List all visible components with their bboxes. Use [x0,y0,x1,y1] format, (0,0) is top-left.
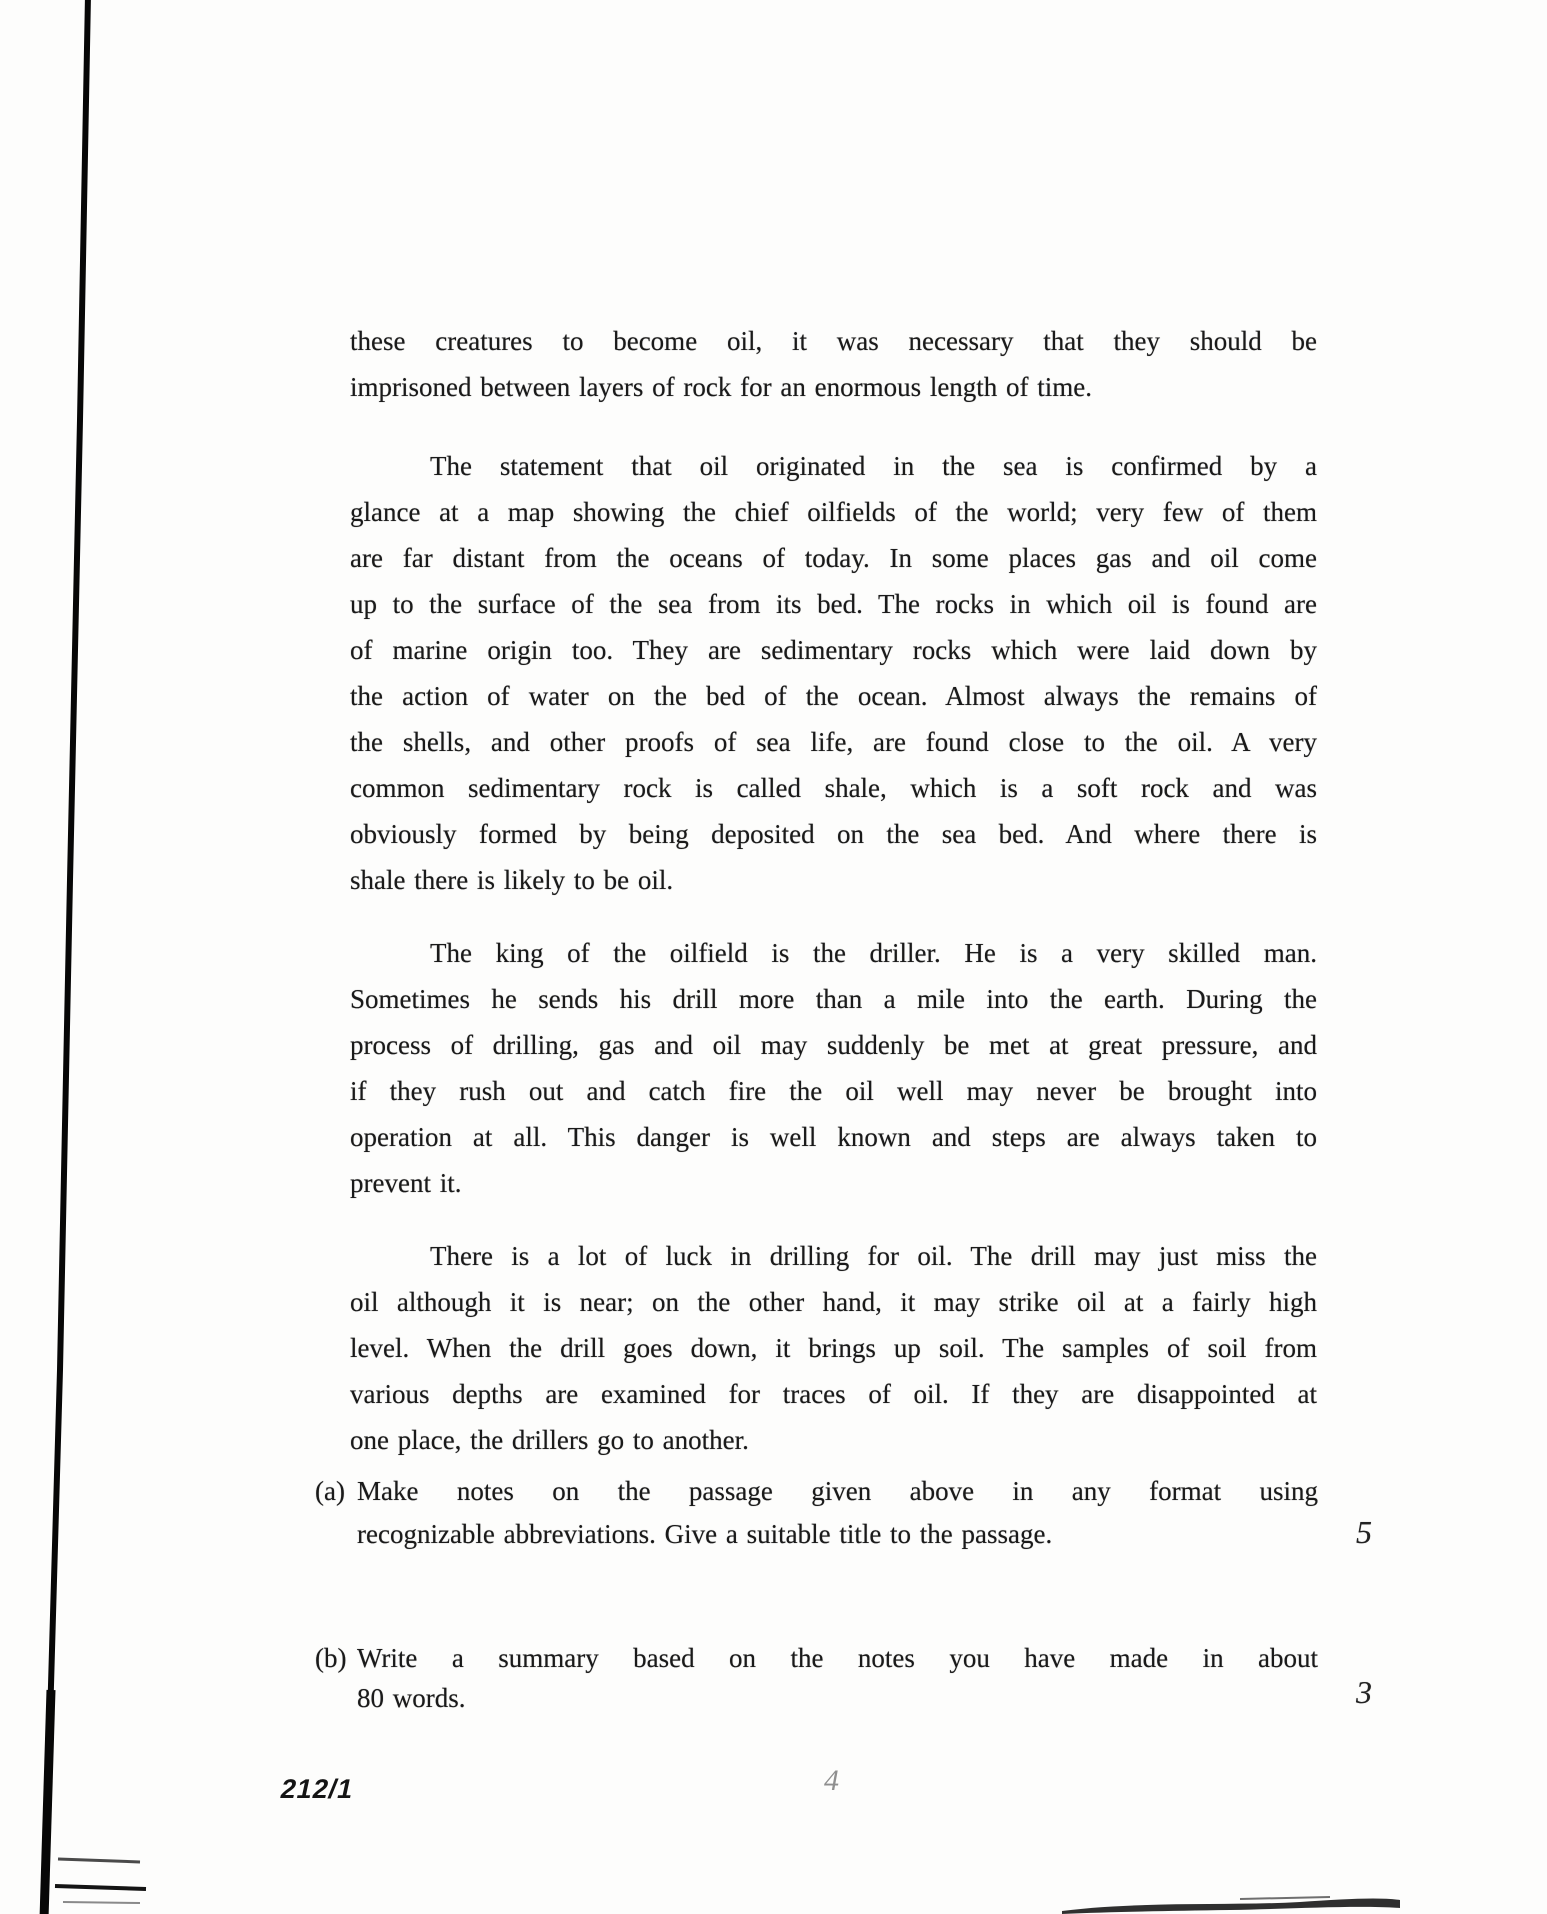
passage-paragraph: these creatures to become oil, it was ne… [350,318,1317,410]
question-b-text: Write a summary based on the notes you h… [357,1638,1318,1718]
passage-line: the shells, and other proofs of sea life… [350,719,1317,765]
scan-mark-line-2 [55,1886,146,1889]
question-a: (a) Make notes on the passage given abov… [315,1470,1318,1556]
passage-line: level. When the drill goes down, it brin… [350,1325,1317,1371]
question-b-marks: 3 [1356,1676,1372,1708]
question-a-label: (a) [315,1470,345,1513]
passage-line: operation at all. This danger is well kn… [350,1114,1317,1160]
passage-paragraph: The statement that oil originated in the… [350,443,1317,903]
question-a-marks: 5 [1356,1516,1372,1548]
scanned-exam-page: these creatures to become oil, it was ne… [0,0,1547,1914]
passage-line: glance at a map showing the chief oilfie… [350,489,1317,535]
scan-mark-line-1 [58,1859,140,1862]
scan-spine-line [44,0,88,1914]
question-line: 80 words. [357,1678,1318,1718]
passage-line: prevent it. [350,1160,1317,1206]
passage-line: shale there is likely to be oil. [350,857,1317,903]
question-b-label: (b) [315,1638,346,1678]
passage-line: various depths are examined for traces o… [350,1371,1317,1417]
page-number: 4 [824,1766,839,1796]
question-line: Make notes on the passage given above in… [357,1470,1318,1513]
question-line: recognizable abbreviations. Give a suita… [357,1513,1318,1556]
scan-smudge-highlight [1240,1897,1330,1899]
passage-line: up to the surface of the sea from its be… [350,581,1317,627]
passage-paragraph: There is a lot of luck in drilling for o… [350,1233,1317,1463]
passage-line: process of drilling, gas and oil may sud… [350,1022,1317,1068]
passage-line: if they rush out and catch fire the oil … [350,1068,1317,1114]
passage-line: Sometimes he sends his drill more than a… [350,976,1317,1022]
question-a-text: Make notes on the passage given above in… [357,1470,1318,1556]
passage-line: these creatures to become oil, it was ne… [350,318,1317,364]
passage-line: the action of water on the bed of the oc… [350,673,1317,719]
passage-line: one place, the drillers go to another. [350,1417,1317,1463]
passage-line: imprisoned between layers of rock for an… [350,364,1317,410]
passage-line: The statement that oil originated in the… [350,443,1317,489]
passage-line: obviously formed by being deposited on t… [350,811,1317,857]
passage-line: common sedimentary rock is called shale,… [350,765,1317,811]
scan-spine-line-lower [44,1690,51,1914]
passage-paragraph: The king of the oilfield is the driller.… [350,930,1317,1206]
scan-smudge-bottom-right [1062,1899,1400,1914]
paper-code: 212/1 [278,1776,356,1803]
passage-line: There is a lot of luck in drilling for o… [350,1233,1317,1279]
passage-line: are far distant from the oceans of today… [350,535,1317,581]
passage-line: oil although it is near; on the other ha… [350,1279,1317,1325]
passage-line: of marine origin too. They are sedimenta… [350,627,1317,673]
question-line: Write a summary based on the notes you h… [357,1638,1318,1678]
passage-line: The king of the oilfield is the driller.… [350,930,1317,976]
passage-text-block: these creatures to become oil, it was ne… [350,318,1317,1463]
scan-mark-line-3 [63,1902,140,1903]
question-b: (b) Write a summary based on the notes y… [315,1638,1318,1718]
